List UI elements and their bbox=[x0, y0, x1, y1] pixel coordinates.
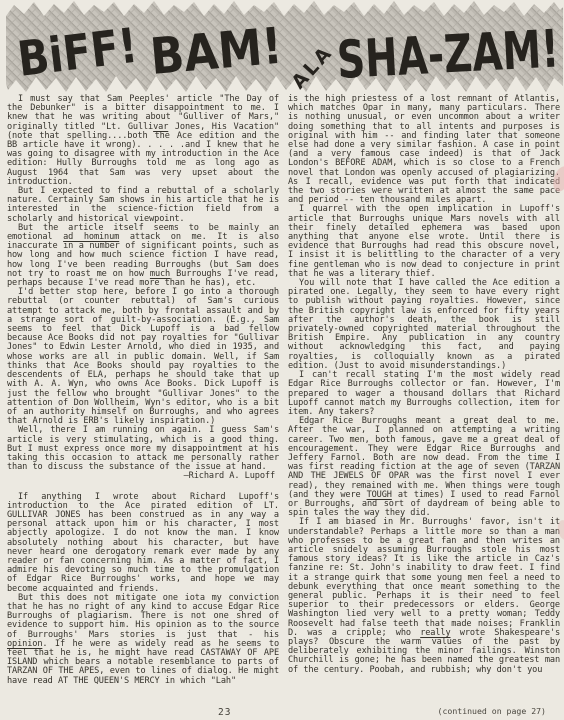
paragraph: If anything I wrote about Richard Lupoff… bbox=[7, 493, 279, 594]
right-column: is the high priestess of a lost remnant … bbox=[288, 95, 560, 686]
left-column: I must say that Sam Peeples' article "Th… bbox=[7, 95, 279, 686]
paragraph: But I expected to find a rebuttal of a s… bbox=[7, 187, 279, 224]
paragraph: I quarrel with the open implication in L… bbox=[288, 205, 560, 279]
title-word-bam: BAM! bbox=[148, 17, 285, 86]
paragraph: You will note that I have called the Ace… bbox=[288, 279, 560, 371]
paragraph: I'd better stop here, before I go into a… bbox=[7, 288, 279, 426]
paragraph: If I am biased in Mr. Burroughs' favor, … bbox=[288, 518, 560, 674]
paragraph: But the article itself seems to be mainl… bbox=[7, 224, 279, 288]
continued-note: (continued on page 27) bbox=[438, 706, 546, 716]
paragraph: I can't recall stating I'm the most wide… bbox=[288, 371, 560, 417]
paragraph: Edgar Rice Burroughs meant a great deal … bbox=[288, 417, 560, 518]
paragraph: is the high priestess of a lost remnant … bbox=[288, 95, 560, 205]
paragraph: I must say that Sam Peeples' article "Th… bbox=[7, 95, 279, 187]
fanzine-page: BiFF! BAM! ALA SHA-ZAM! I must say that … bbox=[0, 0, 564, 720]
article-body: I must say that Sam Peeples' article "Th… bbox=[7, 95, 560, 686]
paragraph: But this does not mitigate one iota my c… bbox=[7, 594, 279, 686]
signature: —Richard A. Lupoff bbox=[7, 472, 279, 481]
page-number: 23 bbox=[218, 707, 231, 718]
headline-banner: BiFF! BAM! ALA SHA-ZAM! bbox=[0, 0, 564, 97]
paragraph: Well, there I am running on again. I gue… bbox=[7, 426, 279, 472]
title-word-shazam: SHA-ZAM! bbox=[336, 19, 561, 91]
